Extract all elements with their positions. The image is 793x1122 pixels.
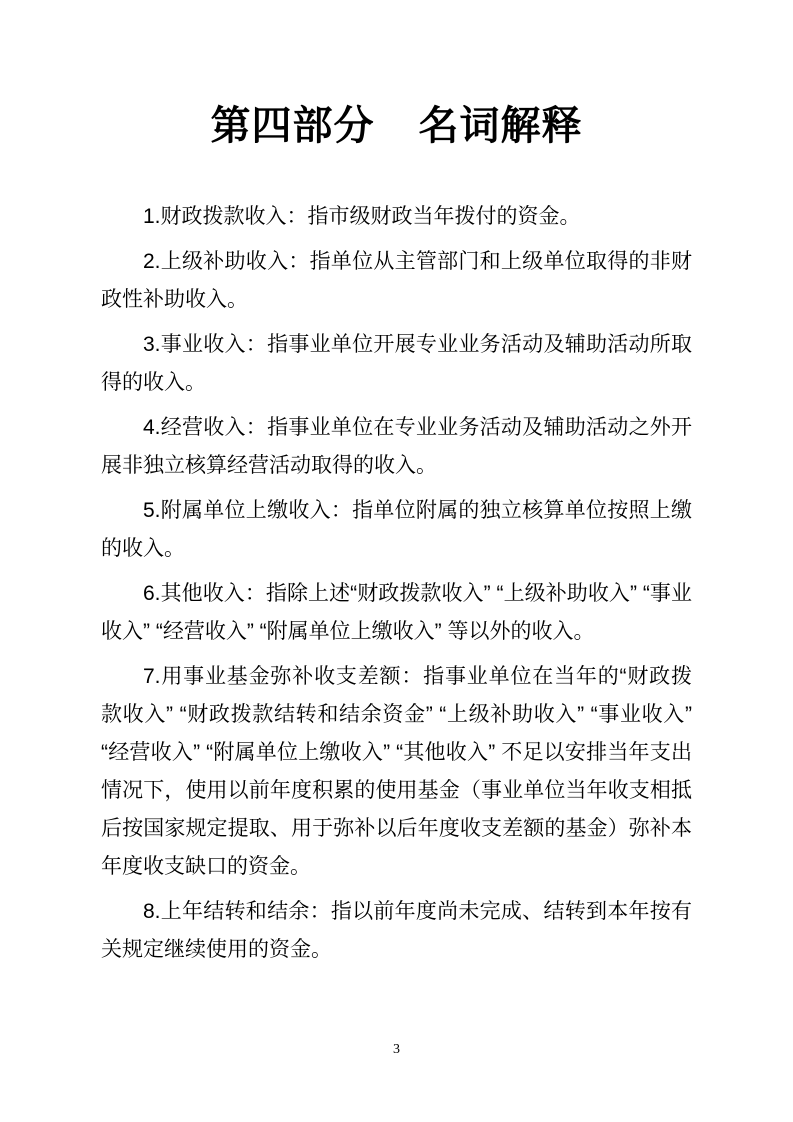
glossary-term-2: 2.上级补助收入：指单位从主管部门和上级单位取得的非财政性补助收入。 [101,243,692,319]
glossary-term-6: 6.其他收入：指除上述“财政拨款收入” “上级补助收入” “事业收入” “经营收… [101,575,692,651]
glossary-term-8: 8.上年结转和结余：指以前年度尚未完成、结转到本年按有关规定继续使用的资金。 [101,893,692,969]
glossary-body: 1.财政拨款收入：指市级财政当年拨付的资金。 2.上级补助收入：指单位从主管部门… [101,198,692,969]
glossary-term-1: 1.财政拨款收入：指市级财政当年拨付的资金。 [101,198,692,236]
glossary-term-5: 5.附属单位上缴收入：指单位附属的独立核算单位按照上缴的收入。 [101,492,692,568]
glossary-term-3: 3.事业收入：指事业单位开展专业业务活动及辅助活动所取得的收入。 [101,326,692,402]
page-title: 第四部分名词解释 [0,0,793,150]
page-title-section-name: 名词解释 [419,102,583,150]
document-page: 第四部分名词解释 1.财政拨款收入：指市级财政当年拨付的资金。 2.上级补助收入… [0,0,793,1122]
page-number: 3 [0,1042,793,1058]
glossary-term-4: 4.经营收入：指事业单位在专业业务活动及辅助活动之外开展非独立核算经营活动取得的… [101,409,692,485]
page-title-section-label: 第四部分 [211,102,375,150]
glossary-term-7: 7.用事业基金弥补收支差额：指事业单位在当年的“财政拨款收入” “财政拨款结转和… [101,658,692,886]
